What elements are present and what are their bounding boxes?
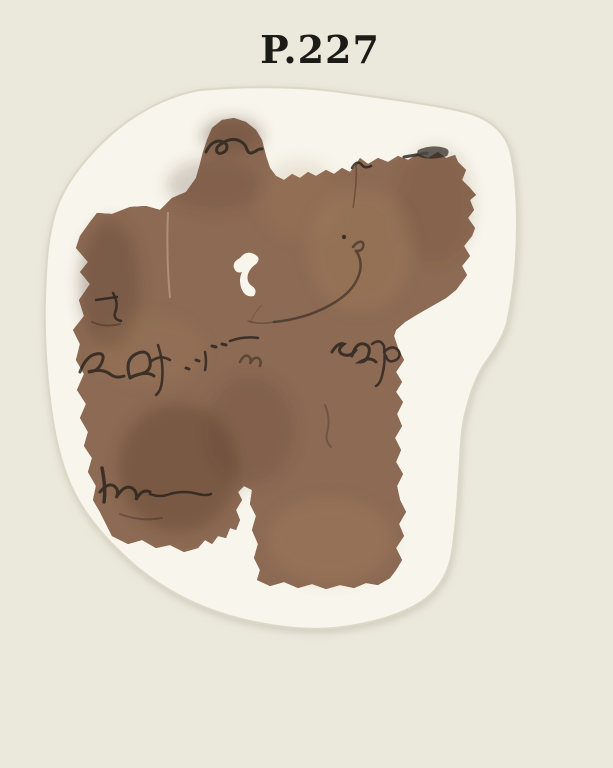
plate-photo <box>0 0 613 768</box>
plate-label: P.227 <box>260 27 380 72</box>
plate-page: P.227 <box>0 0 613 768</box>
